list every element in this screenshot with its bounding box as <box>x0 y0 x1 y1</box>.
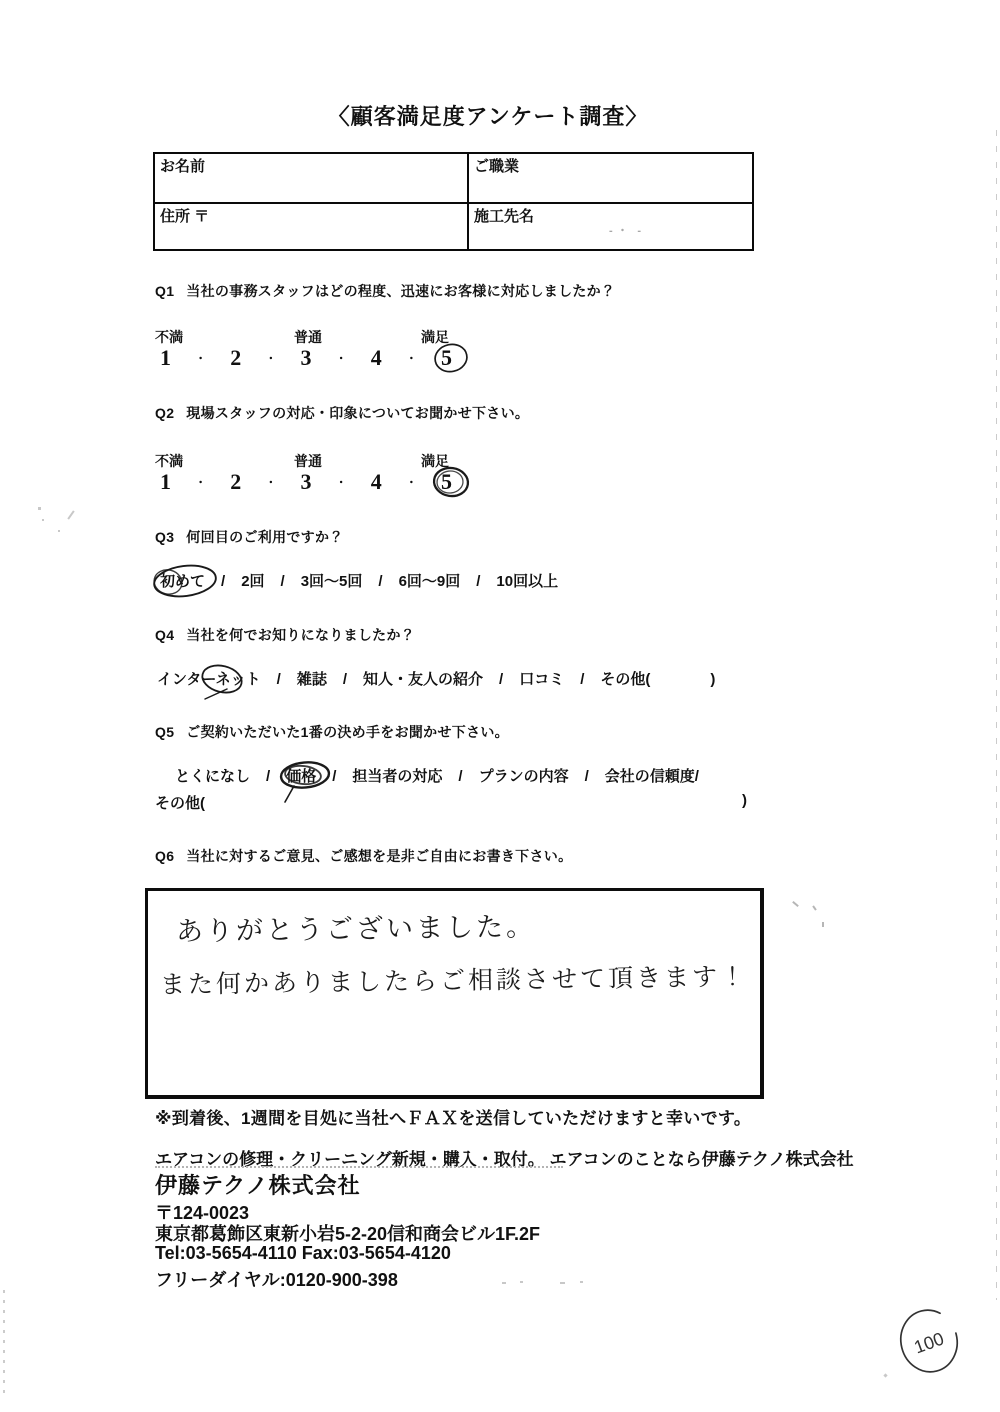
dot-separator: ・ <box>406 474 417 490</box>
q6-text: 当社に対するご意見、ご感想を是非ご自由にお書き下さい。 <box>186 848 572 864</box>
question-q5: Q5ご契約いただいた1番の決め手をお聞かせ下さい。 <box>155 722 509 742</box>
dot-separator: ・ <box>265 474 276 490</box>
q4-option-internet-selected: インターネット <box>157 668 261 689</box>
q3-id: Q3 <box>155 529 174 545</box>
scan-artifact-speck <box>580 1281 583 1283</box>
scan-artifact-speck <box>42 519 44 521</box>
question-q4: Q4当社を何でお知りになりましたか？ <box>155 625 415 645</box>
q1-id: Q1 <box>155 283 174 299</box>
q4-other-close-paren: ) <box>710 671 715 688</box>
scan-artifact-smudge: ‐ ･ ‐ <box>609 222 643 238</box>
q2-text: 現場スタッフの対応・印象についてお聞かせ下さい。 <box>186 405 529 421</box>
scan-artifact-speck <box>520 1281 523 1283</box>
slash-separator: / <box>580 671 584 688</box>
question-q2: Q2現場スタッフの対応・印象についてお聞かせ下さい。 <box>155 403 529 423</box>
q3-text: 何回目のご利用ですか？ <box>186 529 343 545</box>
q2-rating-2: 2 <box>230 469 241 495</box>
q3-options: 初めて /2回/3回～5回/6回～9回/10回以上 <box>160 570 558 591</box>
slash-separator: / <box>476 573 480 590</box>
q5-options: とくになし/ 価格 /担当者の対応/プランの内容/会社の信頼度/ <box>175 765 699 786</box>
q2-rating-4: 4 <box>371 469 382 495</box>
dot-separator: ・ <box>336 350 347 366</box>
q2-scale-high-label: 満足 <box>421 451 449 471</box>
scan-artifact-tick <box>812 905 817 910</box>
question-q3: Q3何回目のご利用ですか？ <box>155 527 344 547</box>
address-field-cell: 住所 〒 <box>154 203 468 250</box>
q1-scale-high-label: 満足 <box>421 327 449 347</box>
page-title: 〈顧客満足度アンケート調査〉 <box>0 100 988 131</box>
q2-scale-low-label: 不満 <box>155 451 183 471</box>
q6-comment-box: ありがとうございました。 また何かありましたらご相談させて頂きます！ <box>145 888 764 1099</box>
handwritten-comment-line1: ありがとうございました。 <box>176 904 537 948</box>
handwritten-comment-line2: また何かありましたらご相談させて頂きます！ <box>160 957 748 1001</box>
scan-artifact-right-edge <box>996 130 997 1300</box>
slash-separator: / <box>332 768 336 785</box>
q5-option-nothing: とくになし <box>175 768 250 785</box>
q5-other-close-paren: ) <box>742 792 747 809</box>
slash-separator: / <box>266 768 270 785</box>
scan-artifact-speck <box>560 1282 565 1284</box>
q1-scale-low-label: 不満 <box>155 327 183 347</box>
q5-option-staff-response: 担当者の対応 <box>352 768 442 785</box>
q5-option-price-selected: 価格 <box>286 765 316 786</box>
q1-scale-mid-label: 普通 <box>294 327 322 347</box>
q5-other-label: その他( <box>155 792 205 813</box>
q6-id: Q6 <box>155 848 174 864</box>
q4-options: インターネット /雑誌/知人・友人の紹介/口コミ/その他() <box>157 668 715 689</box>
slash-separator: / <box>499 671 503 688</box>
q3-option-first-time-selected: 初めて <box>160 570 205 591</box>
q1-rating-2: 2 <box>230 345 241 371</box>
q2-rating-3: 3 <box>301 469 312 495</box>
dot-separator: ・ <box>406 350 417 366</box>
q2-rating-5-selected: 5 <box>441 469 452 495</box>
name-field-label: お名前 <box>160 158 205 175</box>
question-q6: Q6当社に対するご意見、ご感想を是非ご自由にお書き下さい。 <box>155 846 572 866</box>
fax-request-note: ※到着後、1週間を目処に当社へＦＡＸを送信していただけますと幸いです。 <box>155 1104 751 1129</box>
q4-option-magazine: 雑誌 <box>297 671 327 688</box>
handwritten-page-mark-circle: 100 <box>896 1305 966 1381</box>
q5-option-plan-content: プランの内容 <box>479 768 569 785</box>
slash-separator: / <box>221 573 225 590</box>
scan-artifact-underline <box>155 1166 563 1168</box>
slash-separator: / <box>378 573 382 590</box>
q5-option-company-trust: 会社の信頼度/ <box>605 768 699 785</box>
q5-id: Q5 <box>155 724 174 740</box>
q3-option-6to9: 6回～9回 <box>399 573 461 590</box>
scan-artifact-speck <box>58 530 60 532</box>
question-q1: Q1当社の事務スタッフはどの程度、迅速にお客様に対応しましたか？ <box>155 281 615 301</box>
q2-rating-1: 1 <box>160 469 171 495</box>
dot-separator: ・ <box>336 474 347 490</box>
q4-id: Q4 <box>155 627 174 643</box>
occupation-field-label: ご職業 <box>474 158 519 175</box>
respondent-info-table: お名前 ご職業 住所 〒 施工先名 ‐ ･ ‐ <box>153 152 754 251</box>
slash-separator: / <box>281 573 285 590</box>
q1-rating-3: 3 <box>301 345 312 371</box>
site-name-field-label: 施工先名 <box>474 208 534 225</box>
q4-text: 当社を何でお知りになりましたか？ <box>186 627 415 643</box>
company-tel-fax: Tel:03-5654-4110 Fax:03-5654-4120 <box>155 1243 451 1264</box>
scan-artifact-speck <box>38 507 41 510</box>
q3-option-3to5: 3回～5回 <box>301 573 363 590</box>
address-field-label: 住所 〒 <box>160 208 209 225</box>
company-name: 伊藤テクノ株式会社 <box>155 1169 361 1200</box>
scan-artifact-speck <box>502 1282 506 1284</box>
q3-option-10plus: 10回以上 <box>496 573 558 590</box>
q3-option-2times: 2回 <box>241 573 264 590</box>
q4-option-other: その他( <box>600 671 650 688</box>
q1-text: 当社の事務スタッフはどの程度、迅速にお客様に対応しましたか？ <box>186 283 615 299</box>
q4-option-referral: 知人・友人の紹介 <box>363 671 483 688</box>
scan-artifact-left-edge <box>3 1290 5 1400</box>
q1-rating-1: 1 <box>160 345 171 371</box>
q1-rating-5-selected: 5 <box>441 345 452 371</box>
q1-rating-row: 1 ・ 2 ・ 3 ・ 4 ・ 5 <box>160 345 452 371</box>
slash-separator: / <box>343 671 347 688</box>
q1-rating-4: 4 <box>371 345 382 371</box>
name-field-cell: お名前 <box>154 153 468 203</box>
dot-separator: ・ <box>265 350 276 366</box>
scan-artifact-tick <box>792 901 799 907</box>
slash-separator: / <box>458 768 462 785</box>
q2-id: Q2 <box>155 405 174 421</box>
page-mark-number: 100 <box>911 1328 946 1357</box>
occupation-field-cell: ご職業 <box>468 153 753 203</box>
dot-separator: ・ <box>195 350 206 366</box>
q2-scale-mid-label: 普通 <box>294 451 322 471</box>
q4-option-word-of-mouth: 口コミ <box>519 671 564 688</box>
dot-separator: ・ <box>195 474 206 490</box>
slash-separator: / <box>585 768 589 785</box>
q2-rating-row: 1 ・ 2 ・ 3 ・ 4 ・ 5 <box>160 469 452 495</box>
company-free-dial: フリーダイヤル:0120-900-398 <box>155 1266 398 1292</box>
scan-artifact-tick <box>822 922 824 927</box>
q5-text: ご契約いただいた1番の決め手をお聞かせ下さい。 <box>186 724 509 740</box>
scan-artifact-speck <box>883 1373 887 1377</box>
scan-artifact-slash <box>67 510 74 519</box>
scanned-survey-page: 〈顧客満足度アンケート調査〉 お名前 ご職業 住所 〒 施工先名 ‐ ･ ‐ Q… <box>0 0 1000 1412</box>
site-name-field-cell: 施工先名 ‐ ･ ‐ <box>468 203 753 250</box>
slash-separator: / <box>277 671 281 688</box>
